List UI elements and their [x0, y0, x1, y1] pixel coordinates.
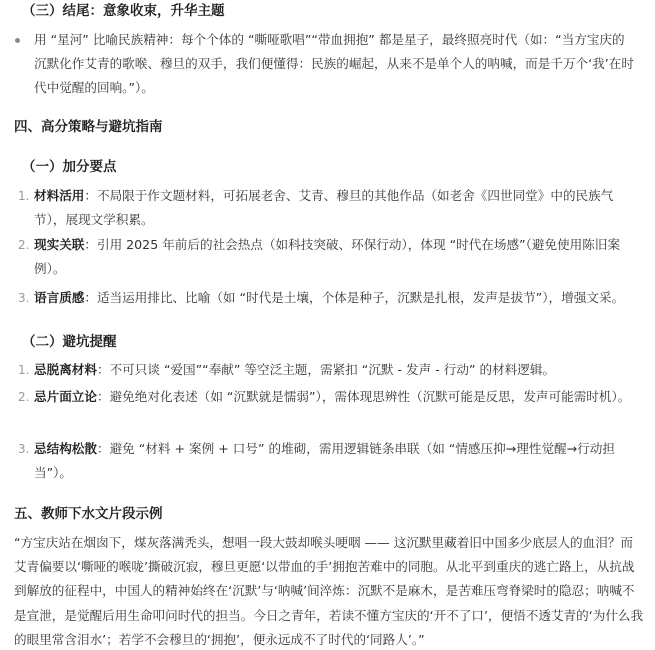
list-number: 1.: [18, 358, 29, 382]
item-text: ：适当运用排比、比喻（如 “时代是土壤，个体是种子，沉默是扎根，发声是拔节”），…: [84, 290, 624, 305]
item-text: ：引用 2025 年前后的社会热点（如科技突破、环保行动），体现 “时代在场感”…: [34, 237, 620, 276]
list-number: 3.: [18, 437, 29, 461]
list-item-bonus-2: 2. 现实关联：引用 2025 年前后的社会热点（如科技突破、环保行动），体现 …: [34, 233, 634, 281]
list-item-bonus-3: 3. 语言质感：适当运用排比、比喻（如 “时代是土壤，个体是种子，沉默是扎根，发…: [34, 286, 634, 310]
item-text: ：避免绝对化表述（如 “沉默就是懦弱”），需体现思辨性（沉默可能是反思，发声可能…: [97, 389, 630, 404]
item-text: ：不局限于作文题材料，可拓展老舍、艾青、穆旦的其他作品（如老舍《四世同堂》中的民…: [34, 188, 613, 227]
heading-bonus-points: （一）加分要点: [22, 157, 117, 177]
item-text: ：不可只谈 “爱国”“奉献” 等空泛主题，需紧扣 “沉默 - 发声 - 行动” …: [97, 362, 555, 377]
item-label: 材料活用: [34, 188, 84, 203]
sample-paragraph: “方宝庆站在烟囱下，煤灰落满秃头，想唱一段大鼓却喉头哽咽 —— 这沉默里藏着旧中…: [14, 531, 644, 650]
item-text: ：避免 “材料 + 案例 + 口号” 的堆砌，需用逻辑链条串联（如 “情感压抑→…: [34, 441, 615, 480]
bullet-icon: [15, 38, 20, 43]
list-item-pitfall-3: 3. 忌结构松散：避免 “材料 + 案例 + 口号” 的堆砌，需用逻辑链条串联（…: [34, 437, 634, 485]
item-label: 现实关联: [34, 237, 84, 252]
list-number: 2.: [18, 233, 29, 257]
heading-pitfalls: （二）避坑提醒: [22, 332, 117, 352]
item-label: 语言质感: [34, 290, 84, 305]
document-page: （三）结尾：意象收束，升华主题 用 “星河” 比喻民族精神：每个个体的 “嘶哑歌…: [0, 0, 655, 650]
list-number: 3.: [18, 286, 29, 310]
list-item-pitfall-1: 1. 忌脱离材料：不可只谈 “爱国”“奉献” 等空泛主题，需紧扣 “沉默 - 发…: [34, 358, 634, 382]
bullet-text: 用 “星河” 比喻民族精神：每个个体的 “嘶哑歌唱”“带血拥抱” 都是星子，最终…: [34, 32, 634, 95]
list-item-conclusion: 用 “星河” 比喻民族精神：每个个体的 “嘶哑歌唱”“带血拥抱” 都是星子，最终…: [34, 28, 634, 100]
heading-conclusion: （三）结尾：意象收束，升华主题: [22, 1, 225, 21]
heading-section-5: 五、教师下水文片段示例: [14, 504, 163, 524]
item-label: 忌脱离材料: [34, 362, 97, 377]
list-item-bonus-1: 1. 材料活用：不局限于作文题材料，可拓展老舍、艾青、穆旦的其他作品（如老舍《四…: [34, 184, 634, 232]
list-number: 2.: [18, 385, 29, 409]
item-label: 忌片面立论: [34, 389, 97, 404]
list-number: 1.: [18, 184, 29, 208]
list-item-pitfall-2: 2. 忌片面立论：避免绝对化表述（如 “沉默就是懦弱”），需体现思辨性（沉默可能…: [34, 385, 634, 409]
item-label: 忌结构松散: [34, 441, 97, 456]
heading-section-4: 四、高分策略与避坑指南: [14, 117, 163, 137]
